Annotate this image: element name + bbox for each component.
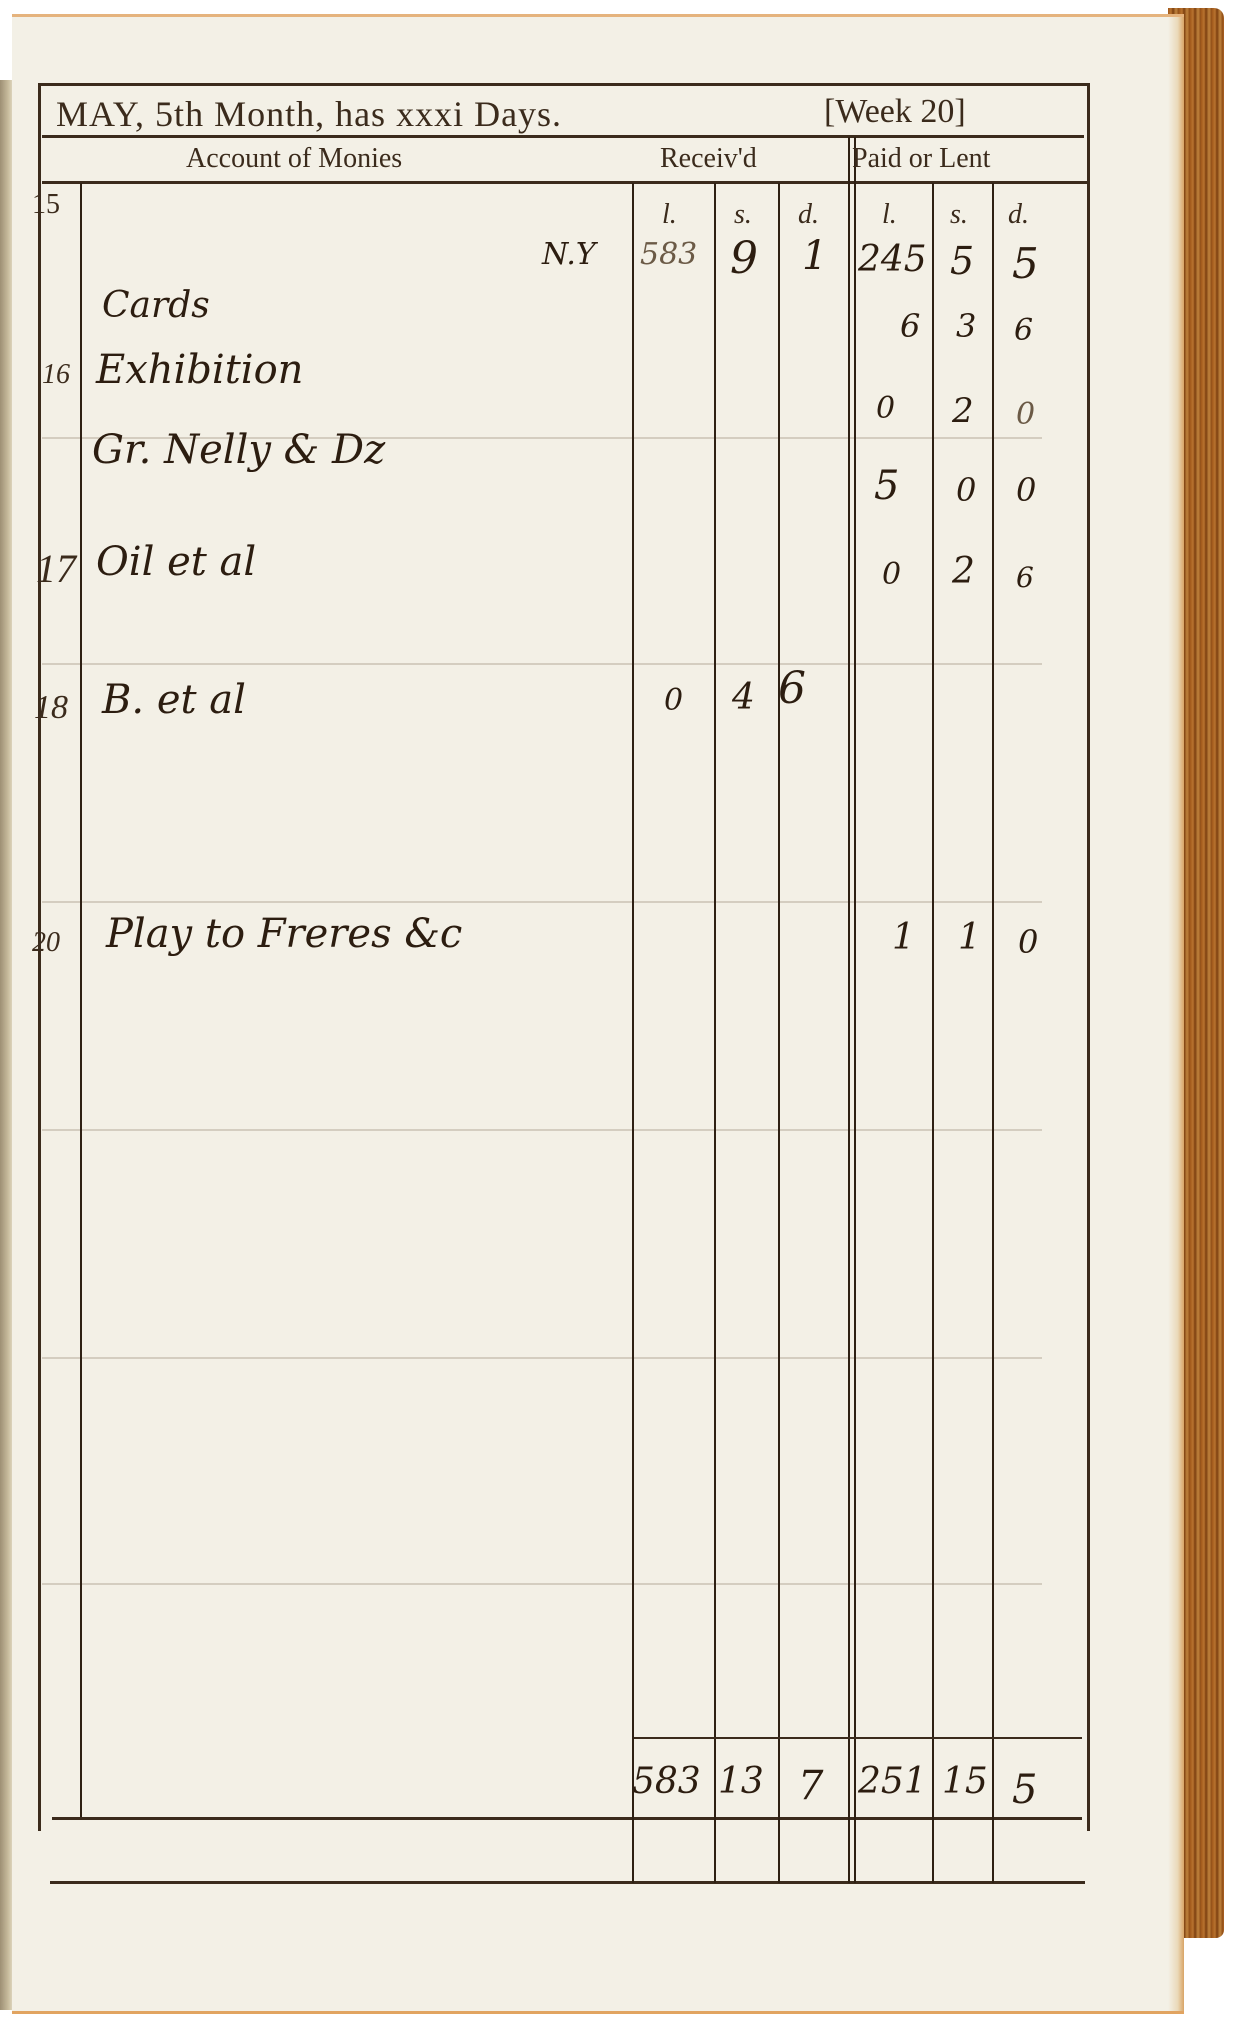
paid-shillings-header: s.: [950, 199, 968, 231]
received-heading: Receiv'd: [660, 143, 757, 175]
ruled-line: [42, 901, 1042, 903]
total-paid-pounds: 251: [858, 1761, 927, 1802]
paid-pounds: 245: [858, 239, 927, 280]
bottom-rule-1: [52, 1817, 1082, 1820]
paid-pounds: 6: [900, 307, 920, 345]
paid-shillings: 5: [950, 239, 974, 283]
title-rule: [42, 135, 1084, 138]
week-label: [Week 20]: [824, 93, 966, 131]
subheader-rule: [42, 181, 1087, 184]
entry-description: Oil et al: [96, 539, 256, 585]
received-s-line: [714, 183, 716, 1883]
total-paid-pence: 5: [1012, 1767, 1037, 1813]
total-received-shillings: 13: [718, 1761, 764, 1802]
paid-pence: 6: [1016, 561, 1034, 594]
paid-pounds-header: l.: [882, 199, 897, 231]
paid-pence-header: d.: [1008, 199, 1029, 231]
ruled-line: [42, 1583, 1042, 1585]
total-received-pounds: 583: [632, 1761, 701, 1802]
paid-s-line: [932, 183, 934, 1883]
received-pounds: 0: [664, 683, 683, 718]
paid-pence: 5: [1012, 239, 1039, 288]
paid-divider-line-2: [854, 137, 856, 1883]
total-received-pence: 7: [798, 1763, 823, 1809]
paid-shillings: 3: [956, 307, 976, 345]
day-number: 18: [34, 689, 68, 727]
paid-pounds: 0: [876, 391, 895, 426]
received-pounds-header: l.: [662, 199, 677, 231]
ruled-line: [42, 663, 1042, 665]
paid-heading: Paid or Lent: [852, 143, 990, 175]
page-title: MAY, 5th Month, has xxxi Days.: [56, 93, 562, 135]
day-number: 20: [32, 927, 60, 959]
day-number: 17: [36, 545, 76, 592]
received-pence: 1: [802, 233, 827, 279]
totals-rule: [634, 1737, 1082, 1739]
top-rule: [38, 83, 1087, 86]
received-pounds: 583: [640, 237, 697, 272]
paid-pence: 0: [1018, 923, 1038, 961]
entry-note: N.Y: [542, 237, 596, 272]
paid-pounds: 5: [874, 463, 899, 509]
received-shillings: 9: [730, 233, 758, 284]
ruled-line: [42, 1357, 1042, 1359]
paid-pence: 0: [1016, 471, 1036, 509]
entry-description: Exhibition: [96, 347, 303, 393]
paid-pence: 0: [1016, 397, 1035, 432]
total-paid-shillings: 15: [942, 1761, 988, 1802]
paid-divider-line-1: [848, 137, 850, 1883]
received-pence-header: d.: [798, 199, 819, 231]
day-number: 16: [42, 359, 70, 391]
paid-shillings: 0: [956, 471, 976, 509]
paid-d-line: [992, 183, 994, 1883]
received-l-line: [632, 183, 634, 1883]
paid-shillings: 2: [952, 551, 975, 592]
ledger-page: MAY, 5th Month, has xxxi Days. [Week 20]…: [12, 14, 1184, 2014]
paid-pounds: 0: [882, 557, 901, 592]
entry-description: B. et al: [102, 677, 246, 723]
day-column-line: [80, 183, 82, 1817]
paid-pence: 6: [1014, 313, 1033, 348]
entry-description: Gr. Nelly & Dz: [92, 427, 385, 473]
entry-description: Play to Freres &c: [106, 911, 462, 957]
paid-shillings: 2: [952, 391, 974, 431]
paid-shillings: 1: [958, 917, 981, 958]
paid-pounds: 1: [892, 917, 915, 958]
received-shillings: 4: [732, 677, 755, 718]
bottom-rule-2: [50, 1881, 1085, 1884]
entry-description: Cards: [102, 285, 210, 326]
account-book: MAY, 5th Month, has xxxi Days. [Week 20]…: [0, 0, 1239, 2027]
received-pence: 6: [778, 663, 806, 714]
received-shillings-header: s.: [734, 199, 752, 231]
day-number: 15: [32, 189, 60, 221]
account-heading: Account of Monies: [186, 143, 402, 175]
received-d-line: [778, 183, 780, 1883]
ruled-line: [42, 1129, 1042, 1131]
